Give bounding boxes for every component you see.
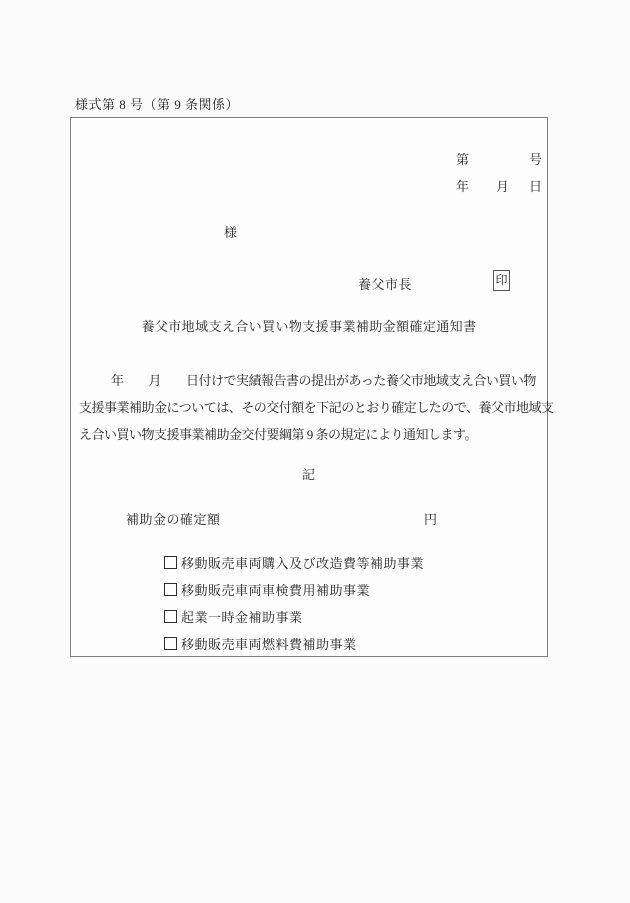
body-paragraph: 年 月 日付けで実績報告書の提出があった養父市地域支え合い買い物 支援事業補助金… [79,367,547,448]
project-item: 起業一時金補助事業 [151,591,303,607]
doc-number-suffix: 号 [529,149,542,168]
amount-label: 補助金の確定額 [126,509,221,528]
checkbox-icon [164,637,177,650]
body-line: 年 月 日付けで実績報告書の提出があった養父市地域支え合い買い物 [79,367,547,394]
body-line: 支援事業補助金については、その交付額を下記のとおり確定したので、養父市地域支 [79,394,547,421]
date-day-label: 日 [529,176,542,195]
document-page: { "page": { "form_label": "様式第 8 号（第 9 条… [0,0,630,903]
body-line: え合い買い物支援事業補助金交付要綱第 9 条の規定により通知します。 [79,421,547,448]
form-number-label: 様式第 8 号（第 9 条関係） [75,94,239,113]
project-item: 移動販売車両燃料費補助事業 [151,618,357,634]
document-title: 養父市地域支え合い買い物支援事業補助金額確定通知書 [71,316,547,335]
recipient-honorific: 様 [224,222,237,241]
doc-number-prefix: 第 [456,149,469,168]
document-border-box: 第 号 年 月 日 様 養父市長 印 養父市地域支え合い買い物支援事業補助金額確… [70,117,548,657]
project-item: 移動販売車両購入及び改造費等補助事業 [151,537,424,553]
seal-mark: 印 [493,270,510,291]
project-label: 移動販売車両燃料費補助事業 [181,637,357,652]
amount-unit-yen: 円 [424,509,437,528]
date-year-label: 年 [456,176,469,195]
ki-heading: 記 [71,464,547,483]
project-item: 移動販売車両車検費用補助事業 [151,564,370,580]
mayor-name: 養父市長 [358,274,412,293]
date-month-label: 月 [496,176,509,195]
